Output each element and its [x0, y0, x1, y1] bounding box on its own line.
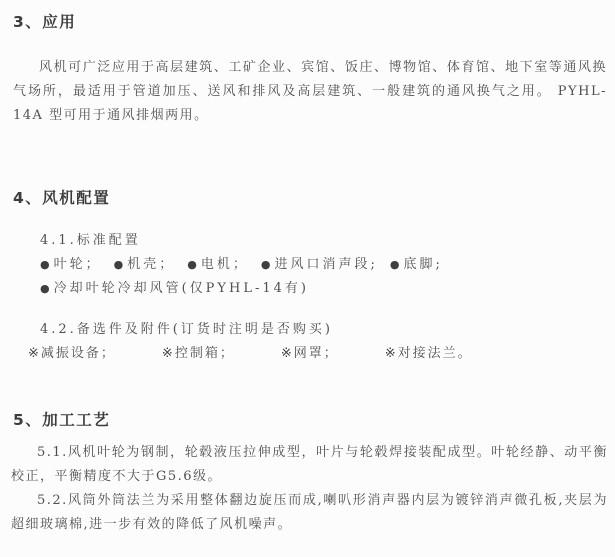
reference-mark-icon: ※ — [162, 342, 173, 366]
standard-config-subheading: 4.1.标准配置 — [40, 229, 141, 253]
list-item: ● 冷却叶轮冷却风管(仅PYHL-14有) — [40, 277, 309, 301]
config-item-label: 电机； — [201, 253, 249, 277]
list-item: ※ 减振设备； — [28, 342, 116, 366]
bullet-icon: ● — [40, 253, 50, 277]
bullet-icon: ● — [390, 253, 400, 277]
section-application-heading: 3、应用 — [13, 10, 76, 32]
option-item-label: 网罩； — [294, 342, 339, 366]
option-item-label: 减振设备； — [41, 342, 116, 366]
application-paragraph: 风机可广泛应用于高层建筑、工矿企业、宾馆、饭庄、博物馆、体育馆、地下室等通风换气… — [13, 56, 607, 128]
bullet-icon: ● — [187, 253, 197, 277]
list-item: ● 底脚; — [390, 253, 443, 277]
process-paragraph-1: 5.1.风机叶轮为钢制，轮毂液压拉伸成型，叶片与轮毂焊接装配成型。叶轮经静、动平… — [11, 441, 608, 489]
reference-mark-icon: ※ — [28, 342, 39, 366]
config-item-label: 进风口消声段; — [274, 253, 377, 277]
list-item: ● 电机； — [187, 253, 249, 277]
bullet-icon: ● — [114, 253, 124, 277]
list-item: ● 进风口消声段; — [261, 253, 378, 277]
section-config-heading: 4、风机配置 — [13, 186, 110, 208]
optional-config-items: ※ 减振设备； ※ 控制箱； ※ 网罩； ※ 对接法兰。 — [28, 342, 473, 366]
list-item: ● 叶轮； — [40, 253, 102, 277]
reference-mark-icon: ※ — [281, 342, 292, 366]
config-item-label: 冷却叶轮冷却风管(仅PYHL-14有) — [54, 277, 309, 301]
list-item: ● 机壳； — [114, 253, 176, 277]
config-item-label: 机壳； — [127, 253, 175, 277]
process-paragraph-2: 5.2.风筒外筒法兰为采用整体翻边旋压而成,喇叭形消声器内层为镀锌消声微孔板,夹… — [11, 489, 608, 537]
bullet-icon: ● — [261, 253, 271, 277]
standard-config-extra-item: ● 冷却叶轮冷却风管(仅PYHL-14有) — [40, 277, 309, 301]
bullet-icon: ● — [40, 277, 50, 301]
document-page: 3、应用 风机可广泛应用于高层建筑、工矿企业、宾馆、饭庄、博物馆、体育馆、地下室… — [0, 0, 615, 557]
standard-config-items: ● 叶轮； ● 机壳； ● 电机； ● 进风口消声段; ● 底脚; — [40, 253, 443, 277]
section-process-heading: 5、加工工艺 — [13, 408, 110, 430]
config-item-label: 底脚; — [403, 253, 442, 277]
reference-mark-icon: ※ — [385, 342, 396, 366]
list-item: ※ 控制箱； — [162, 342, 235, 366]
list-item: ※ 对接法兰。 — [385, 342, 473, 366]
process-paragraphs: 5.1.风机叶轮为钢制，轮毂液压拉伸成型，叶片与轮毂焊接装配成型。叶轮经静、动平… — [11, 441, 608, 537]
config-item-label: 叶轮； — [54, 253, 102, 277]
option-item-label: 对接法兰。 — [398, 342, 473, 366]
list-item: ※ 网罩； — [281, 342, 339, 366]
optional-config-subheading: 4.2.备选件及附件(订货时注明是否购买) — [40, 318, 333, 342]
option-item-label: 控制箱； — [175, 342, 235, 366]
